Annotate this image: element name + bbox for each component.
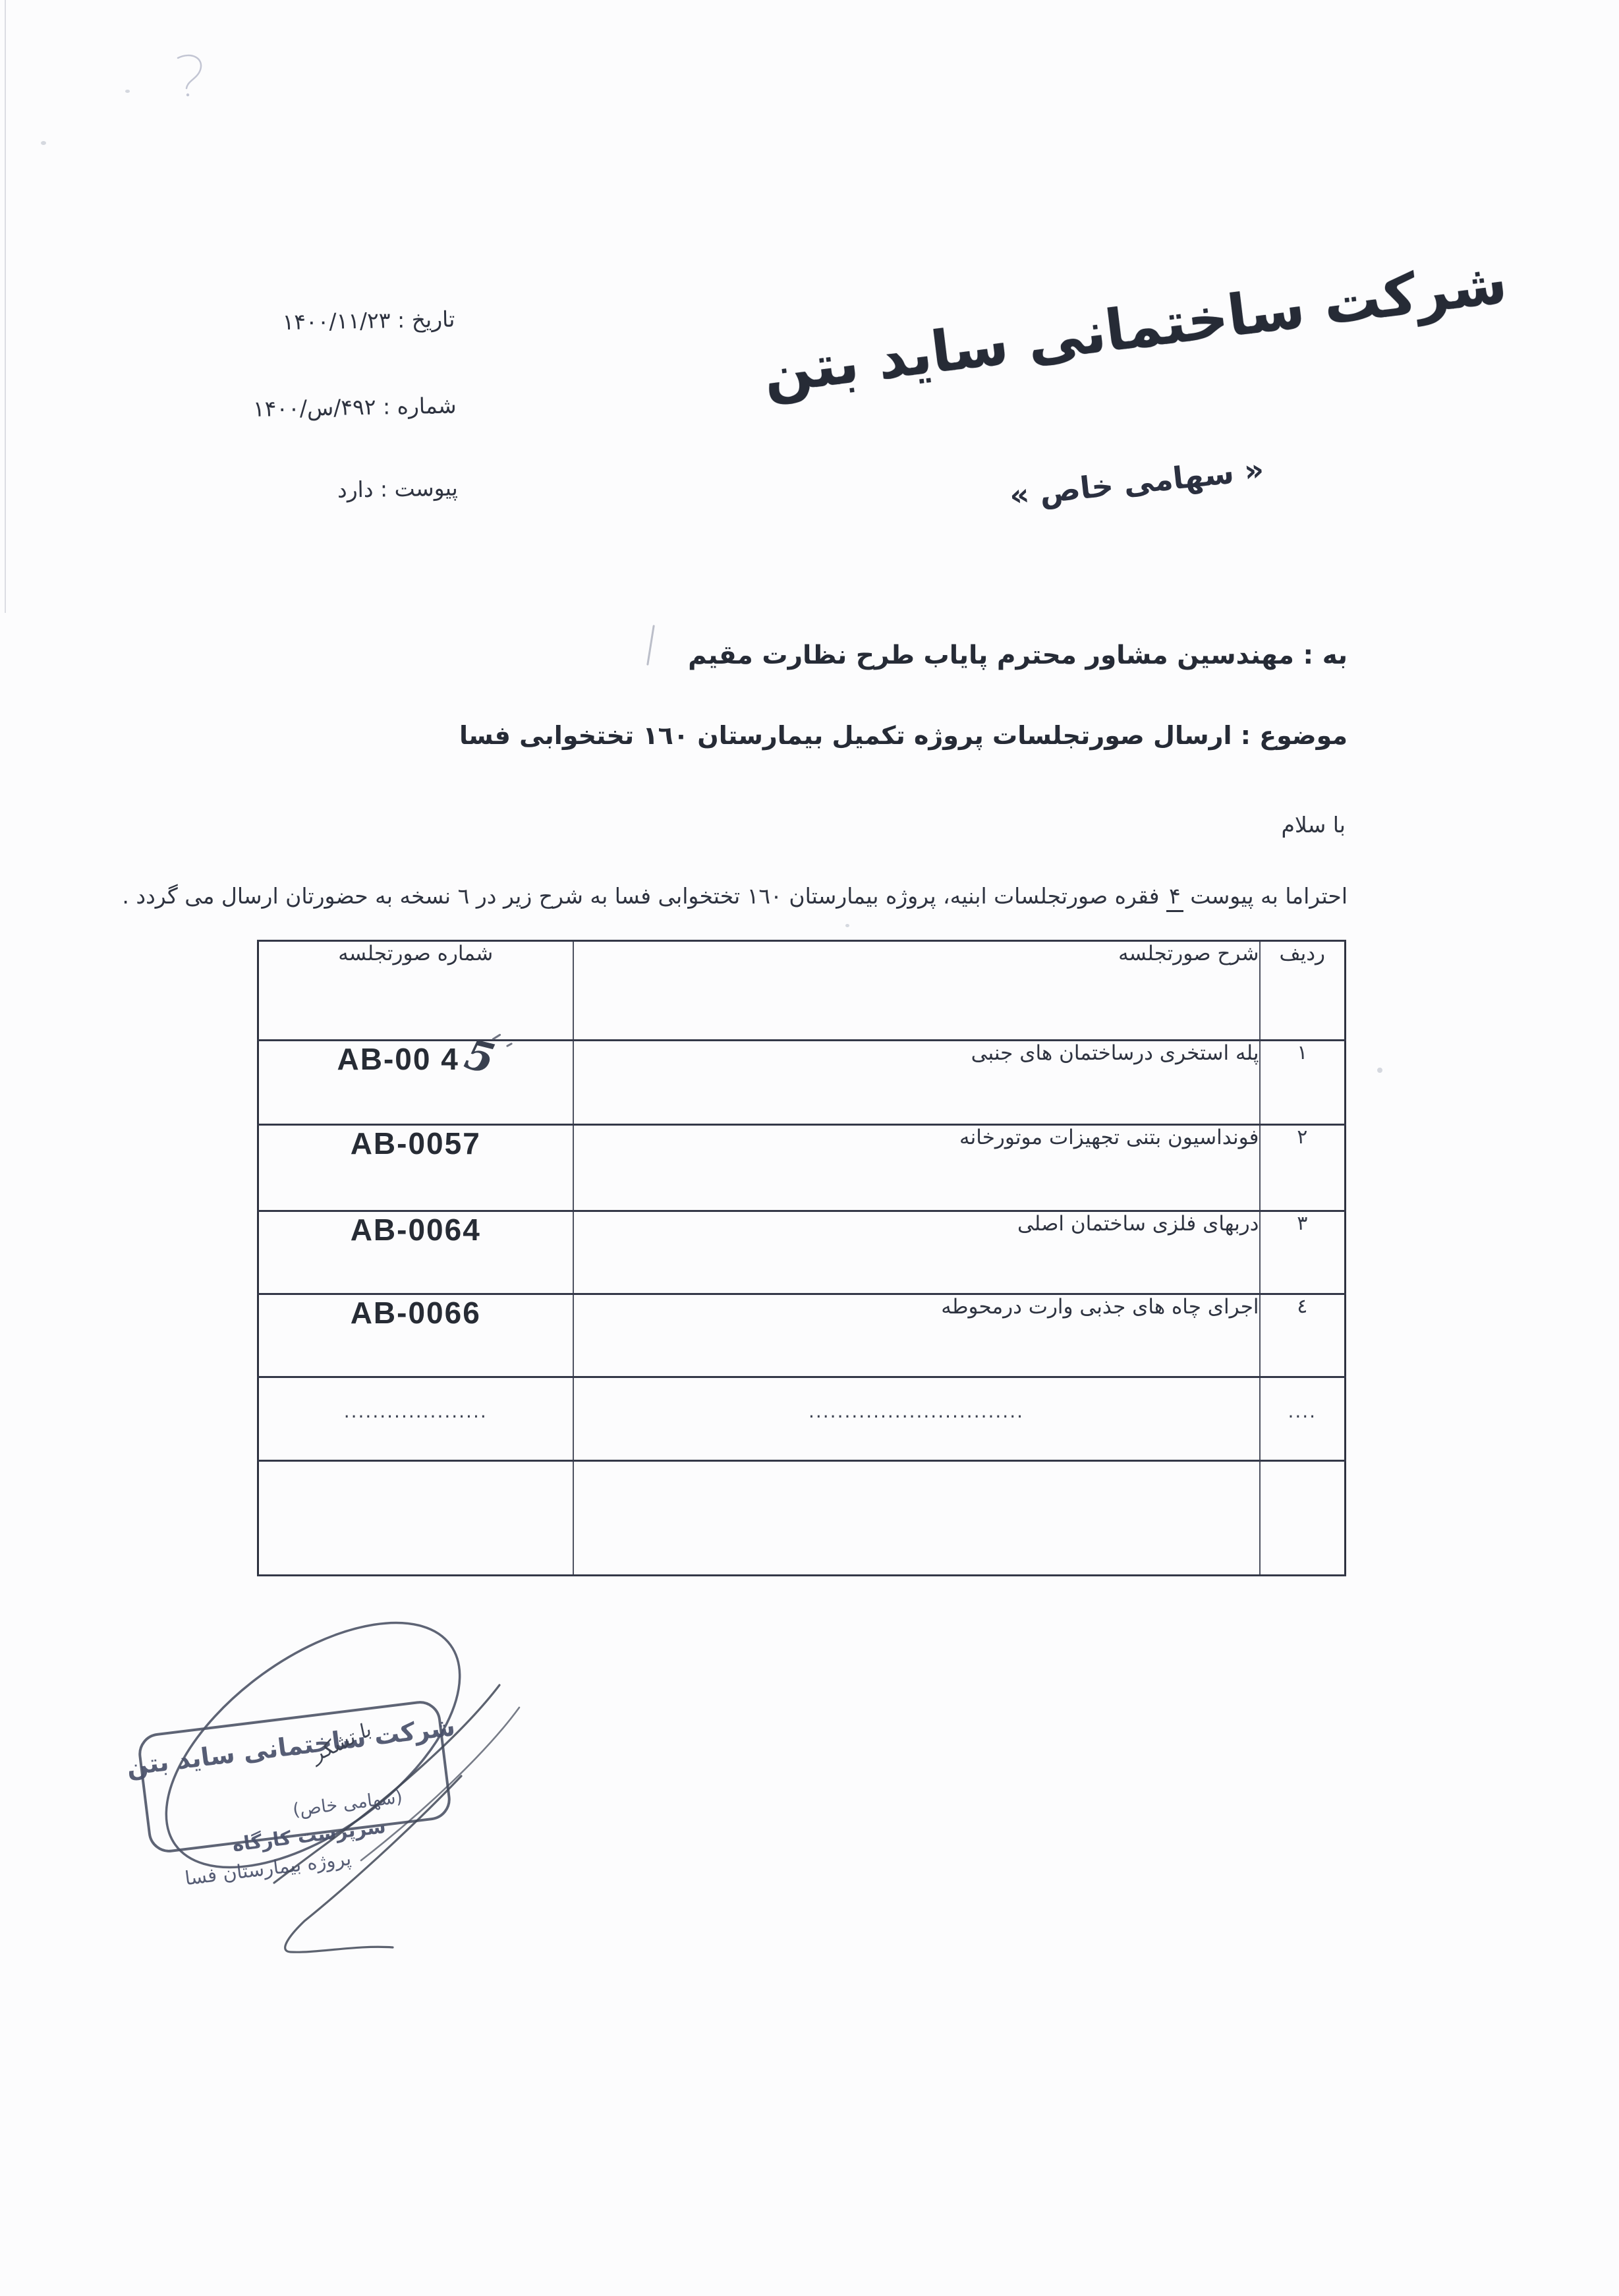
stamp-project-name: پروژه بیمارستان فسا: [184, 1847, 353, 1891]
stamp-company-type: (سهامی خاص): [292, 1787, 404, 1820]
paragraph-prefix: احتراما به پیوست: [1183, 883, 1348, 909]
minutes-table-wrapper: ردیف شرح صورتجلسه شماره صورتجلسه ۱ پله ا…: [257, 940, 1346, 1576]
company-type-label: « سهامی خاص »: [968, 447, 1306, 517]
table-row-empty: [258, 1461, 1346, 1576]
scan-speck: [125, 90, 130, 93]
minutes-number: AB-0057: [351, 1126, 481, 1161]
number-cell: AB-00 45: [258, 1041, 573, 1125]
description-cell: ..............................: [573, 1377, 1260, 1461]
number-cell: AB-0066: [258, 1294, 573, 1377]
minutes-number: AB-0064: [351, 1213, 481, 1247]
table-row-placeholder-dots: .... .............................. ....…: [258, 1377, 1346, 1461]
stamp-site-supervisor: سرپرست کارگاه: [231, 1815, 387, 1856]
scan-speck: [41, 141, 46, 145]
subject-line: موضوع : ارسال صورتجلسات پروژه تکمیل بیما…: [459, 721, 1348, 750]
attachment-count-underlined: ۴: [1166, 883, 1183, 912]
col-header-description: شرح صورتجلسه: [573, 941, 1260, 1041]
minutes-number: AB-0066: [351, 1296, 481, 1330]
number-line: شماره : ۴۹۲/س/۱۴۰۰: [253, 393, 457, 422]
stamp-and-signature: شرکت ساختمانی ساید بتن (سهامی خاص) سرپرس…: [92, 1578, 764, 1974]
number-cell: ....................: [258, 1377, 573, 1461]
row-no-cell: ۱: [1260, 1041, 1346, 1125]
scan-speck: [1377, 1068, 1382, 1073]
minutes-number: AB-00 4: [337, 1042, 459, 1076]
company-name-calligraphy: شرکت ساختمانی ساید بتن: [849, 250, 1511, 395]
stray-pen-mark: [646, 625, 655, 666]
minutes-table: ردیف شرح صورتجلسه شماره صورتجلسه ۱ پله ا…: [257, 940, 1346, 1576]
row-no-cell: [1260, 1461, 1346, 1576]
description-cell: فونداسیون بتنی تجهیزات موتورخانه: [573, 1125, 1260, 1211]
table-row: ۱ پله استخری درساختمان های جنبی AB-00 45: [258, 1041, 1346, 1125]
row-no-cell: ٤: [1260, 1294, 1346, 1377]
number-cell: AB-0057: [258, 1125, 573, 1211]
date-line: تاریخ : ۱۴۰۰/۱۱/۲۳: [282, 306, 455, 335]
paragraph-suffix: فقره صورتجلسات ابنیه، پروژه بیمارستان ١٦…: [122, 883, 1166, 909]
scanned-letter-page: شرکت ساختمانی ساید بتن « سهامی خاص » تار…: [0, 0, 1619, 2296]
description-cell: پله استخری درساختمان های جنبی: [573, 1041, 1260, 1125]
salutation-line: با سلام: [1281, 812, 1346, 838]
number-cell: [258, 1461, 573, 1576]
table-row: ٤ اجرای چاه های جذبی وارت درمحوطه AB-006…: [258, 1294, 1346, 1377]
description-cell: دربهای فلزی ساختمان اصلی: [573, 1211, 1260, 1294]
letter-meta-block: تاریخ : ۱۴۰۰/۱۱/۲۳ شماره : ۴۹۲/س/۱۴۰۰ پی…: [194, 306, 455, 311]
description-cell: اجرای چاه های جذبی وارت درمحوطه: [573, 1294, 1260, 1377]
scan-speck: [845, 924, 849, 927]
recipient-line: به : مهندسین مشاور محترم پایاب طرح نظارت…: [688, 641, 1348, 670]
col-header-row-no: ردیف: [1260, 941, 1346, 1041]
col-header-number: شماره صورتجلسه: [258, 941, 573, 1041]
number-cell: AB-0064: [258, 1211, 573, 1294]
handwritten-correction-digit: 5: [466, 1054, 494, 1060]
row-no-cell: ۲: [1260, 1125, 1346, 1211]
body-paragraph: احتراما به پیوست ۴ فقره صورتجلسات ابنیه،…: [122, 883, 1348, 909]
row-no-cell: ....: [1260, 1377, 1346, 1461]
scanner-edge-line: [5, 0, 6, 613]
table-row: ۳ دربهای فلزی ساختمان اصلی AB-0064: [258, 1211, 1346, 1294]
pencil-question-mark: [166, 51, 212, 99]
table-row: ۲ فونداسیون بتنی تجهیزات موتورخانه AB-00…: [258, 1125, 1346, 1211]
attachment-line: پیوست : دارد: [337, 475, 458, 503]
stamp-company-name: شرکت ساختمانی ساید بتن: [125, 1712, 457, 1781]
row-no-cell: ۳: [1260, 1211, 1346, 1294]
description-cell: [573, 1461, 1260, 1576]
table-header-row: ردیف شرح صورتجلسه شماره صورتجلسه: [258, 941, 1346, 1041]
